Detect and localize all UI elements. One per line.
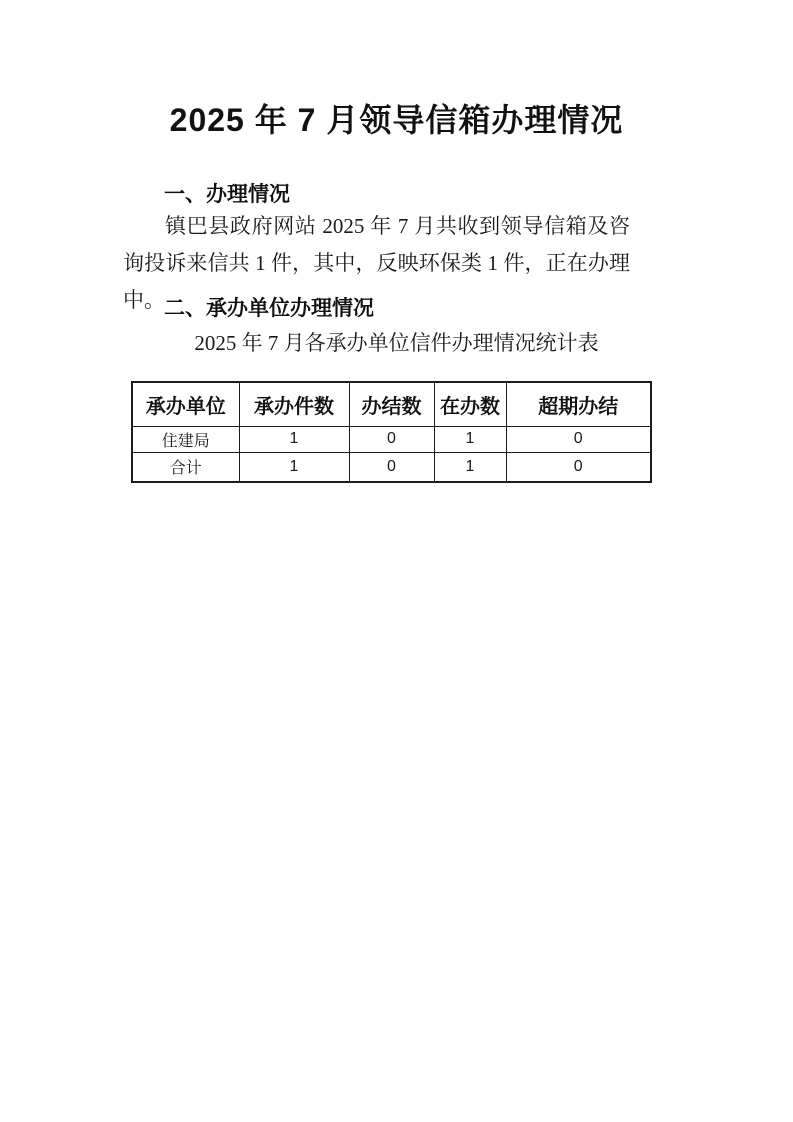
stats-table: 承办单位 承办件数 办结数 在办数 超期办结 住建局 1 0 1 0 合计 1 … bbox=[131, 381, 652, 483]
cell-in-progress: 1 bbox=[434, 452, 506, 482]
table-caption: 2025 年 7 月各承办单位信件办理情况统计表 bbox=[0, 327, 793, 357]
header-cell-unit: 承办单位 bbox=[132, 382, 239, 426]
header-cell-received: 承办件数 bbox=[239, 382, 349, 426]
table-row: 住建局 1 0 1 0 bbox=[132, 426, 651, 452]
cell-overdue: 0 bbox=[506, 452, 651, 482]
table-row-total: 合计 1 0 1 0 bbox=[132, 452, 651, 482]
cell-received: 1 bbox=[239, 426, 349, 452]
document-title: 2025 年 7 月领导信箱办理情况 bbox=[0, 95, 793, 141]
cell-overdue: 0 bbox=[506, 426, 651, 452]
header-cell-overdue: 超期办结 bbox=[506, 382, 651, 426]
document-page: 2025 年 7 月领导信箱办理情况 一、办理情况 镇巴县政府网站 2025 年… bbox=[0, 0, 793, 1122]
cell-unit: 合计 bbox=[132, 452, 239, 482]
header-cell-completed: 办结数 bbox=[349, 382, 434, 426]
cell-in-progress: 1 bbox=[434, 426, 506, 452]
header-cell-in-progress: 在办数 bbox=[434, 382, 506, 426]
section-1-heading: 一、办理情况 bbox=[164, 178, 290, 208]
cell-completed: 0 bbox=[349, 452, 434, 482]
section-2-heading: 二、承办单位办理情况 bbox=[164, 292, 374, 322]
table-header-row: 承办单位 承办件数 办结数 在办数 超期办结 bbox=[132, 382, 651, 426]
cell-completed: 0 bbox=[349, 426, 434, 452]
cell-unit: 住建局 bbox=[132, 426, 239, 452]
cell-received: 1 bbox=[239, 452, 349, 482]
